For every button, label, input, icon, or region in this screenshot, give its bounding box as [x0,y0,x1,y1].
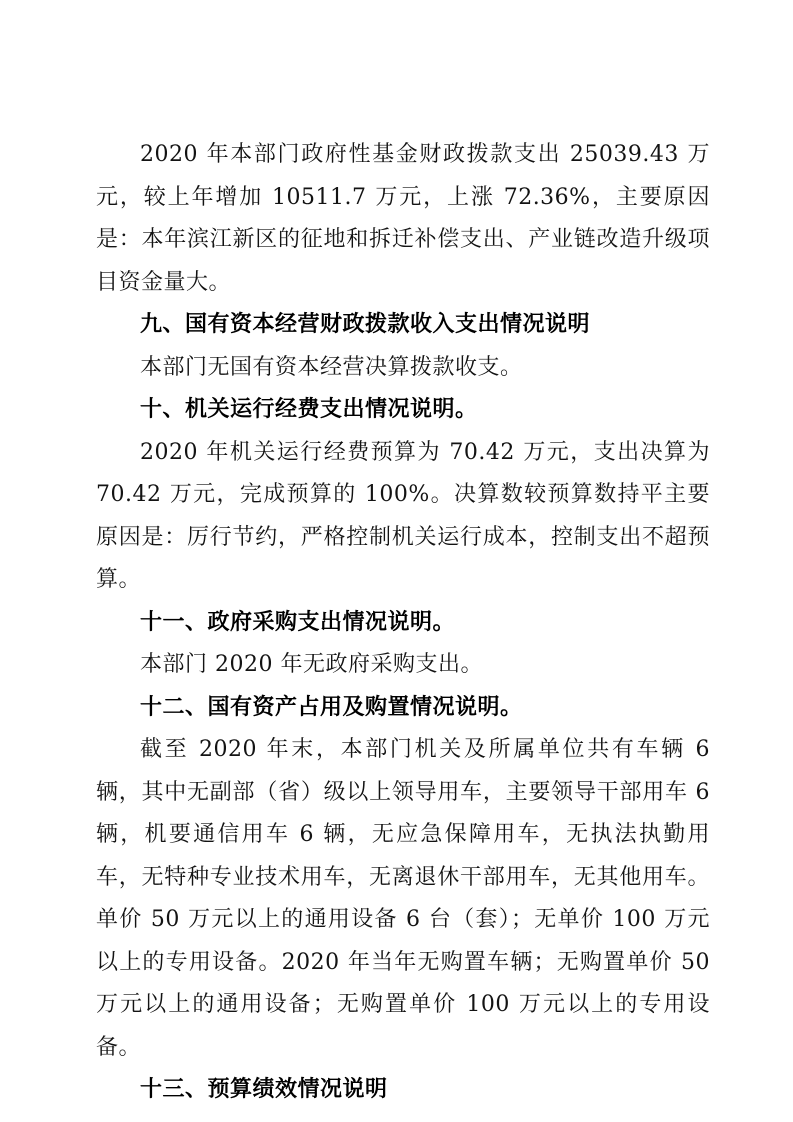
heading-section-13-budget-performance: 十三、预算绩效情况说明 [96,1069,710,1112]
heading-section-10-operating-expense: 十、机关运行经费支出情况说明。 [96,389,710,432]
heading-section-9-state-capital: 九、国有资本经营财政拨款收入支出情况说明 [96,304,710,347]
document-page: 2020 年本部门政府性基金财政拨款支出 25039.43 万元，较上年增加 1… [0,0,793,1122]
paragraph-section-10-body: 2020 年机关运行经费预算为 70.42 万元，支出决算为 70.42 万元，… [96,432,710,602]
heading-section-11-gov-procurement: 十一、政府采购支出情况说明。 [96,602,710,645]
document-body: 2020 年本部门政府性基金财政拨款支出 25039.43 万元，较上年增加 1… [96,134,710,1112]
paragraph-section-9-body: 本部门无国有资本经营决算拨款收支。 [96,347,710,390]
paragraph-section-11-body: 本部门 2020 年无政府采购支出。 [96,644,710,687]
paragraph-section-12-body: 截至 2020 年末，本部门机关及所属单位共有车辆 6 辆，其中无副部（省）级以… [96,729,710,1069]
heading-section-12-state-assets: 十二、国有资产占用及购置情况说明。 [96,687,710,730]
paragraph-gov-fund-expenditure: 2020 年本部门政府性基金财政拨款支出 25039.43 万元，较上年增加 1… [96,134,710,304]
